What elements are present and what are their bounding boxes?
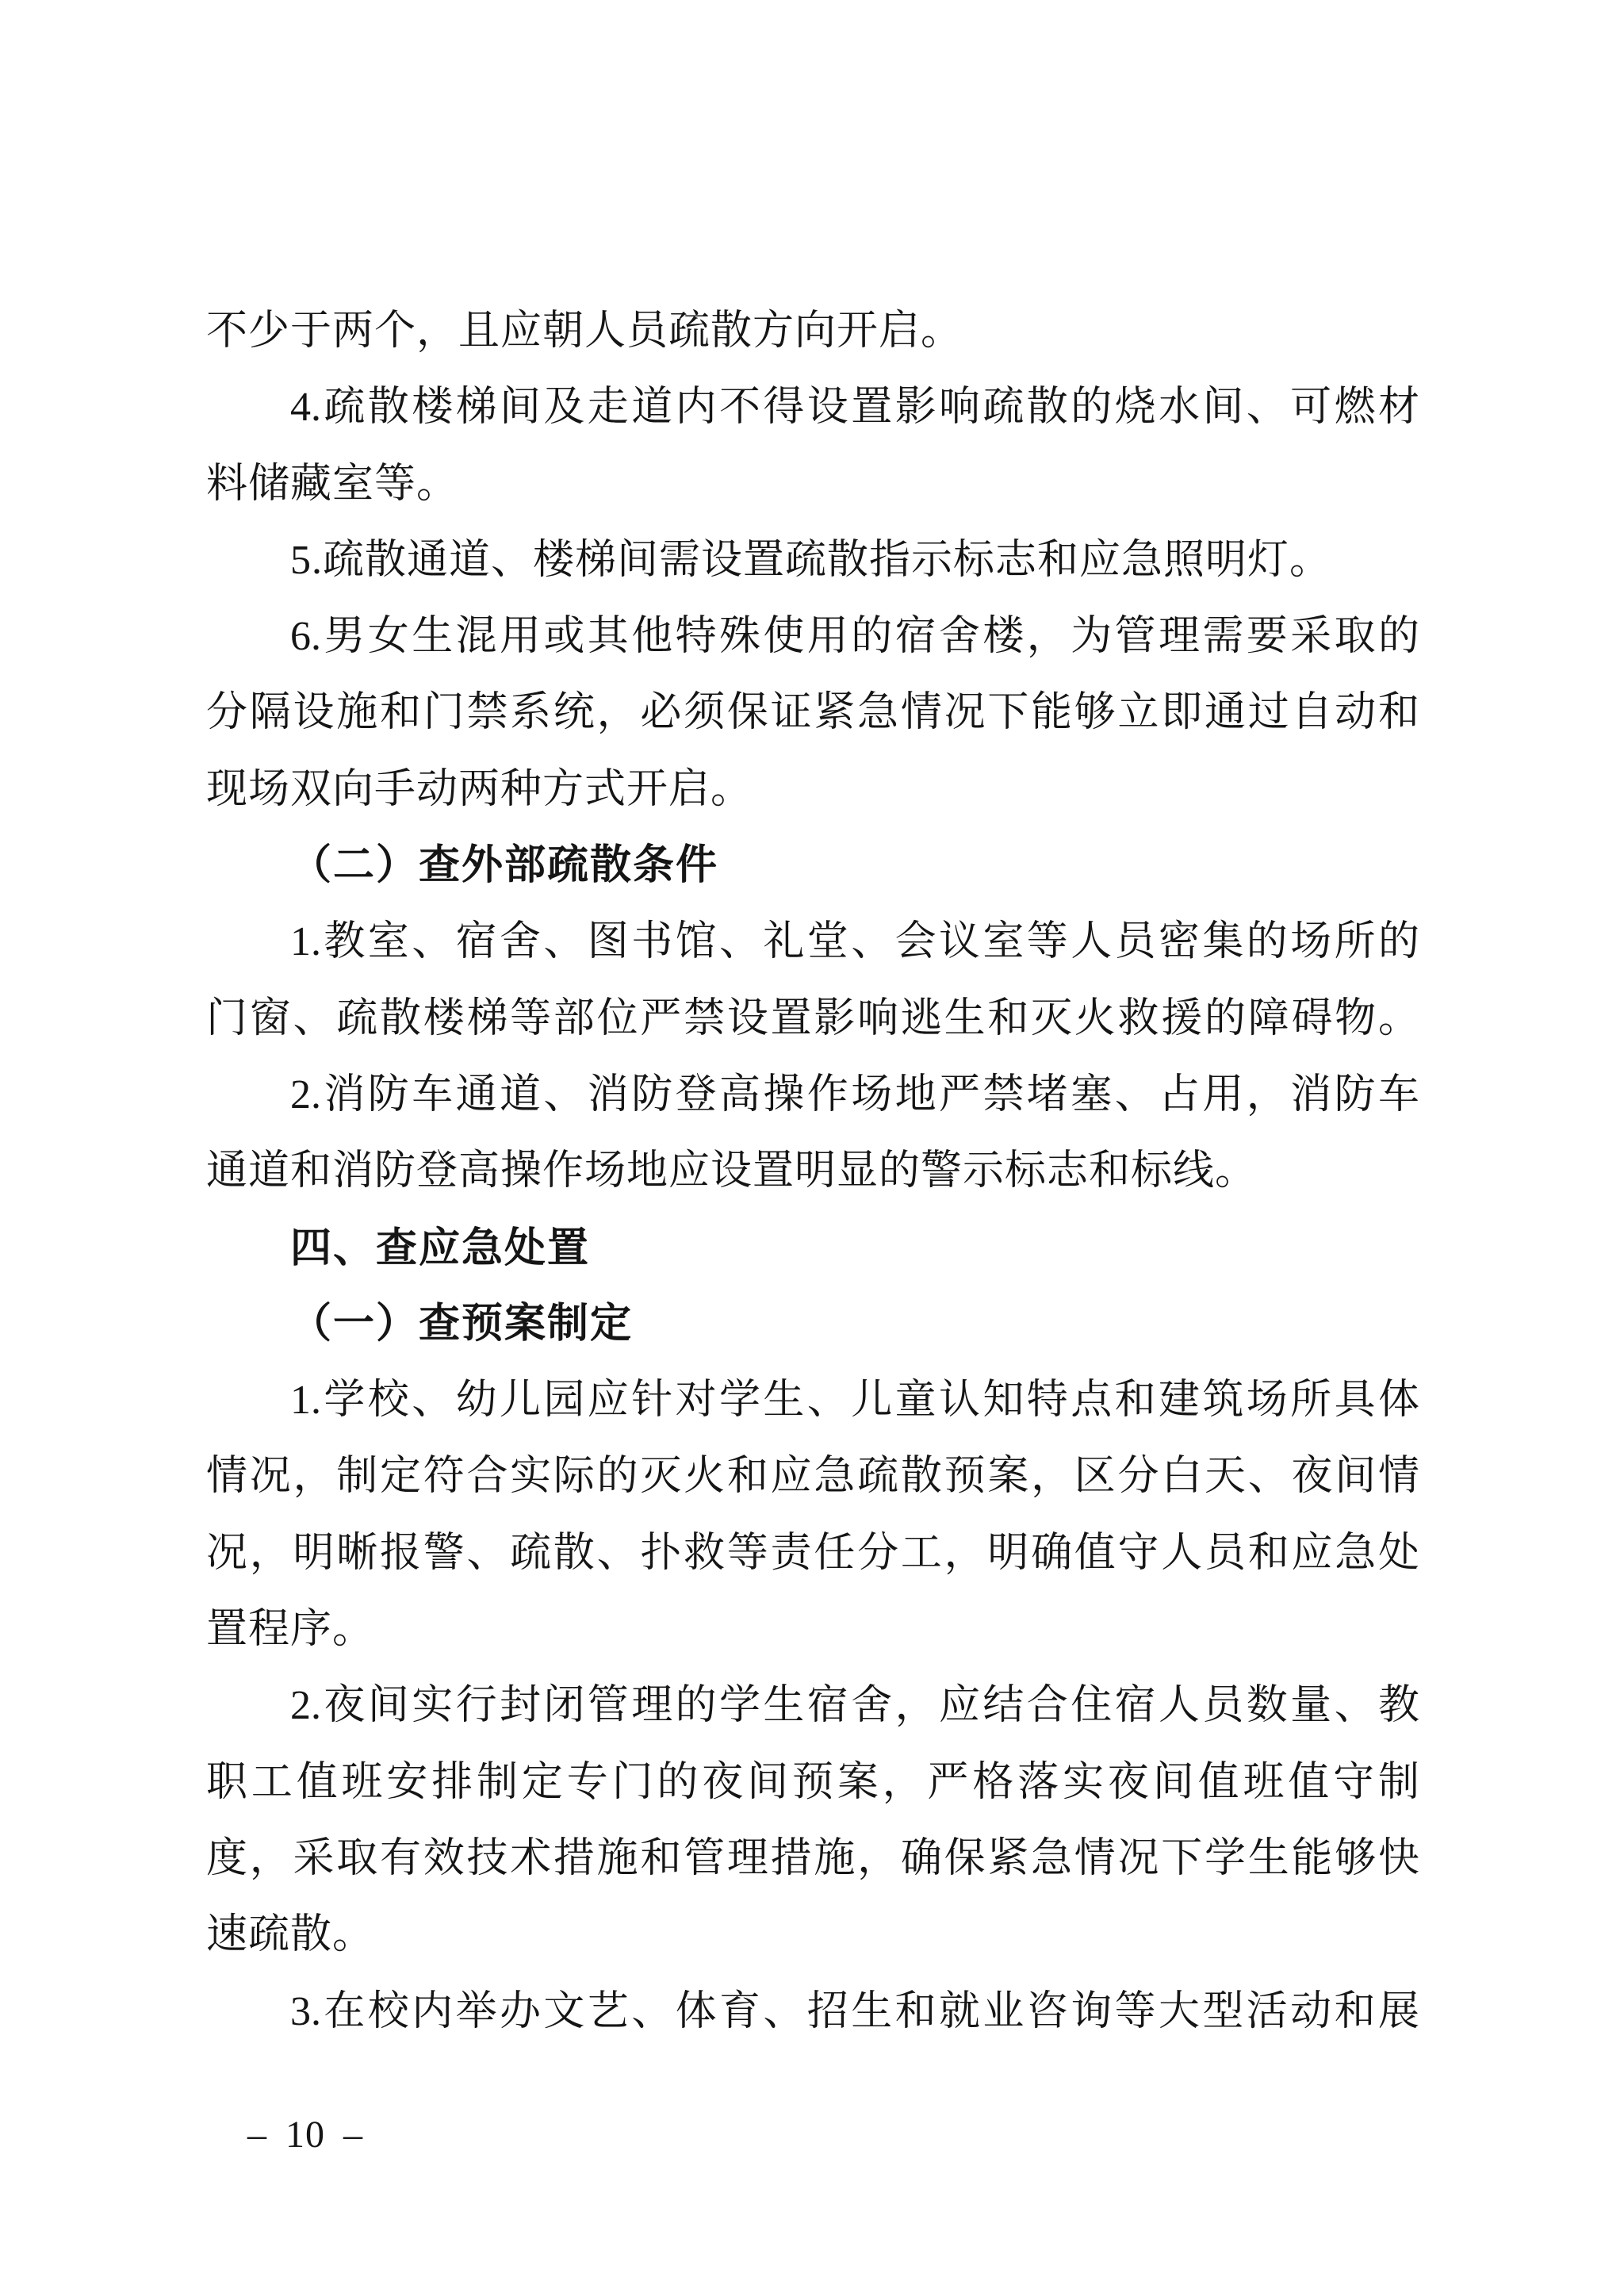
document-line: 1.学校、幼儿园应针对学生、儿童认知特点和建筑场所具体 xyxy=(206,1363,1419,1439)
document-body: 不少于两个，且应朝人员疏散方向开启。4.疏散楼梯间及走道内不得设置影响疏散的烧水… xyxy=(206,293,1419,2050)
document-line: 6.男女生混用或其他特殊使用的宿舍楼，为管理需要采取的 xyxy=(206,599,1419,675)
document-page: 不少于两个，且应朝人员疏散方向开启。4.疏散楼梯间及走道内不得设置影响疏散的烧水… xyxy=(0,0,1624,2296)
document-line: 况，明晰报警、疏散、扑救等责任分工，明确值守人员和应急处 xyxy=(206,1516,1419,1592)
document-line: 职工值班安排制定专门的夜间预案，严格落实夜间值班值守制 xyxy=(206,1745,1419,1821)
document-line: 四、查应急处置 xyxy=(206,1210,1419,1286)
document-line: 料储藏室等。 xyxy=(206,447,1419,523)
document-line: 4.疏散楼梯间及走道内不得设置影响疏散的烧水间、可燃材 xyxy=(206,370,1419,446)
document-line: 2.夜间实行封闭管理的学生宿舍，应结合住宿人员数量、教 xyxy=(206,1668,1419,1744)
document-line: 2.消防车通道、消防登高操作场地严禁堵塞、占用，消防车 xyxy=(206,1057,1419,1133)
document-line: 现场双向手动两种方式开启。 xyxy=(206,752,1419,828)
document-line: 置程序。 xyxy=(206,1592,1419,1668)
document-line: 1.教室、宿舍、图书馆、礼堂、会议室等人员密集的场所的 xyxy=(206,904,1419,980)
document-line: 门窗、疏散楼梯等部位严禁设置影响逃生和灭火救援的障碍物。 xyxy=(206,981,1419,1057)
document-line: 度，采取有效技术措施和管理措施，确保紧急情况下学生能够快 xyxy=(206,1821,1419,1897)
document-line: 分隔设施和门禁系统，必须保证紧急情况下能够立即通过自动和 xyxy=(206,675,1419,751)
document-line: 不少于两个，且应朝人员疏散方向开启。 xyxy=(206,293,1419,370)
document-line: 3.在校内举办文艺、体育、招生和就业咨询等大型活动和展 xyxy=(206,1974,1419,2050)
page-number: – 10 – xyxy=(247,2114,363,2156)
page-footer: – 10 – xyxy=(247,2111,363,2159)
document-line: （一）查预案制定 xyxy=(206,1286,1419,1363)
document-line: 速疏散。 xyxy=(206,1897,1419,1973)
document-line: 通道和消防登高操作场地应设置明显的警示标志和标线。 xyxy=(206,1133,1419,1209)
document-line: 情况，制定符合实际的灭火和应急疏散预案，区分白天、夜间情 xyxy=(206,1439,1419,1515)
document-line: （二）查外部疏散条件 xyxy=(206,828,1419,904)
document-line: 5.疏散通道、楼梯间需设置疏散指示标志和应急照明灯。 xyxy=(206,523,1419,599)
